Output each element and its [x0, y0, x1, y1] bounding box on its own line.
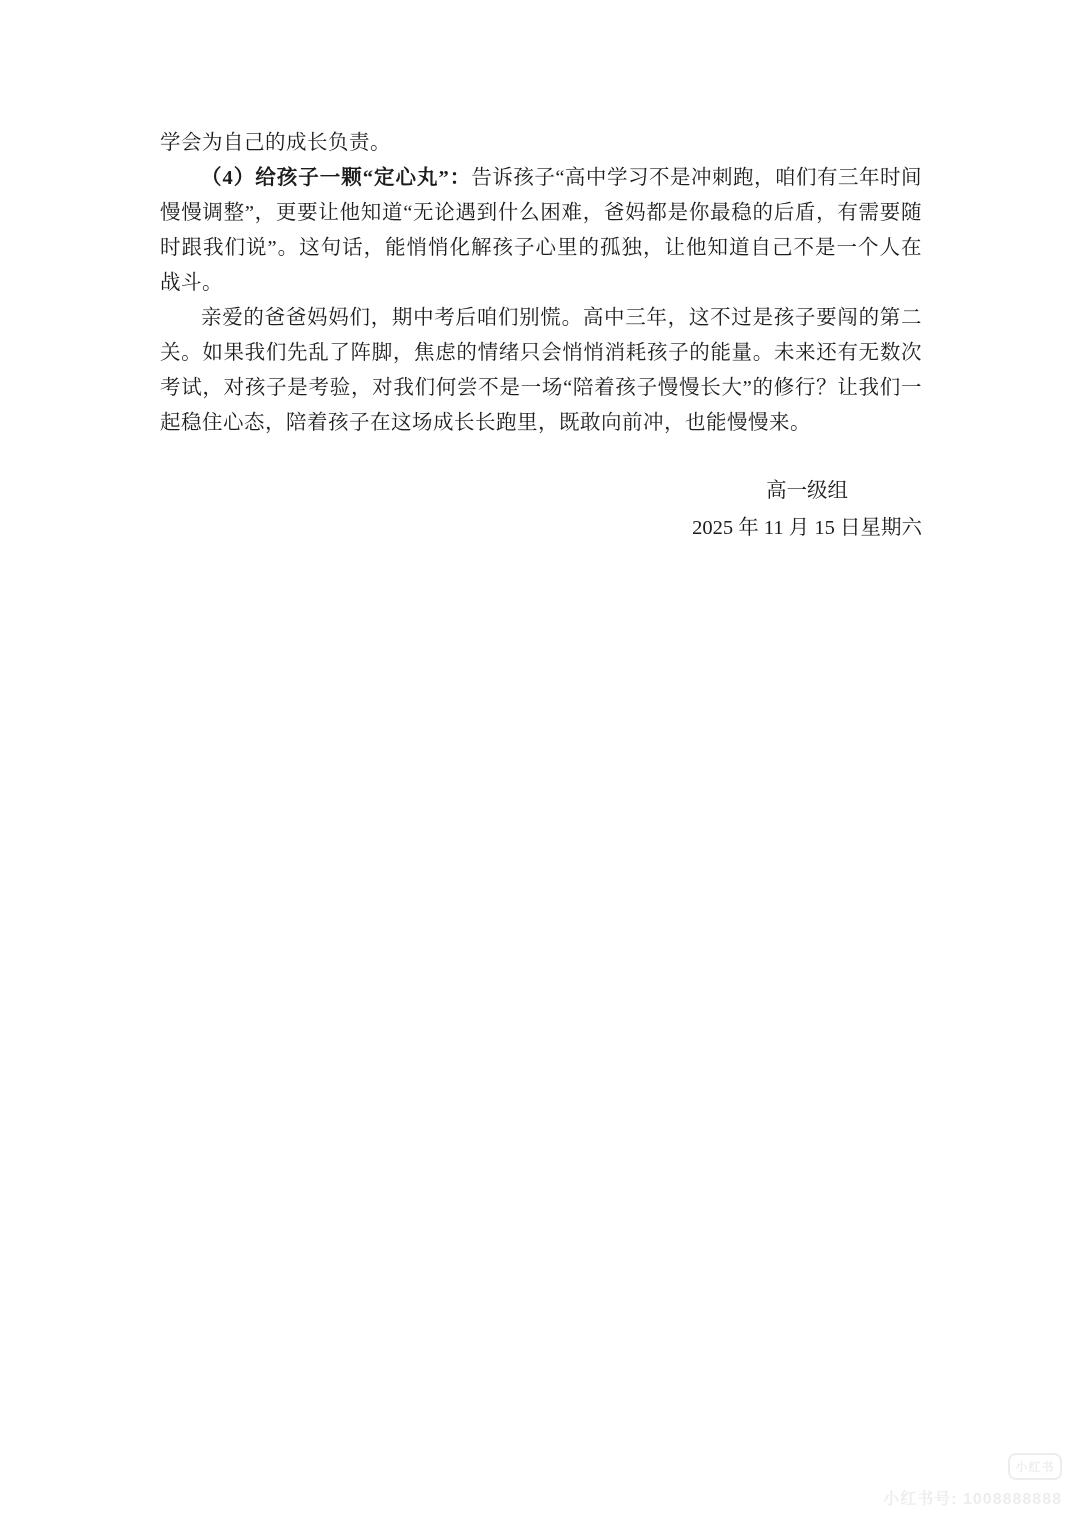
xiaohongshu-logo-icon: 小红书	[1008, 1453, 1062, 1480]
xiaohongshu-watermark: 小红书 小红书号: 1008888888	[883, 1453, 1062, 1509]
paragraph-point-4: （4）给孩子一颗“定心丸”：告诉孩子“高中学习不是冲刺跑，咱们有三年时间慢慢调整…	[160, 161, 922, 301]
document-page: 学会为自己的成长负责。 （4）给孩子一颗“定心丸”：告诉孩子“高中学习不是冲刺跑…	[0, 0, 1080, 1527]
paragraph-closing: 亲爱的爸爸妈妈们，期中考后咱们别慌。高中三年，这不过是孩子要闯的第二关。如果我们…	[160, 301, 922, 441]
signature-block: 高一级组 2025 年 11 月 15 日星期六	[692, 473, 922, 547]
paragraph-text: 学会为自己的成长负责。	[160, 132, 391, 154]
signature-date: 2025 年 11 月 15 日星期六	[692, 510, 922, 547]
paragraph-text: 亲爱的爸爸妈妈们，期中考后咱们别慌。高中三年，这不过是孩子要闯的第二关。如果我们…	[160, 307, 922, 434]
xiaohongshu-id-text: 小红书号: 1008888888	[883, 1486, 1062, 1509]
paragraph-continuation: 学会为自己的成长负责。	[160, 126, 922, 161]
paragraph-bold-heading: （4）给孩子一颗“定心丸”：	[201, 167, 471, 189]
signature-author: 高一级组	[766, 473, 848, 510]
document-body: 学会为自己的成长负责。 （4）给孩子一颗“定心丸”：告诉孩子“高中学习不是冲刺跑…	[160, 126, 922, 547]
